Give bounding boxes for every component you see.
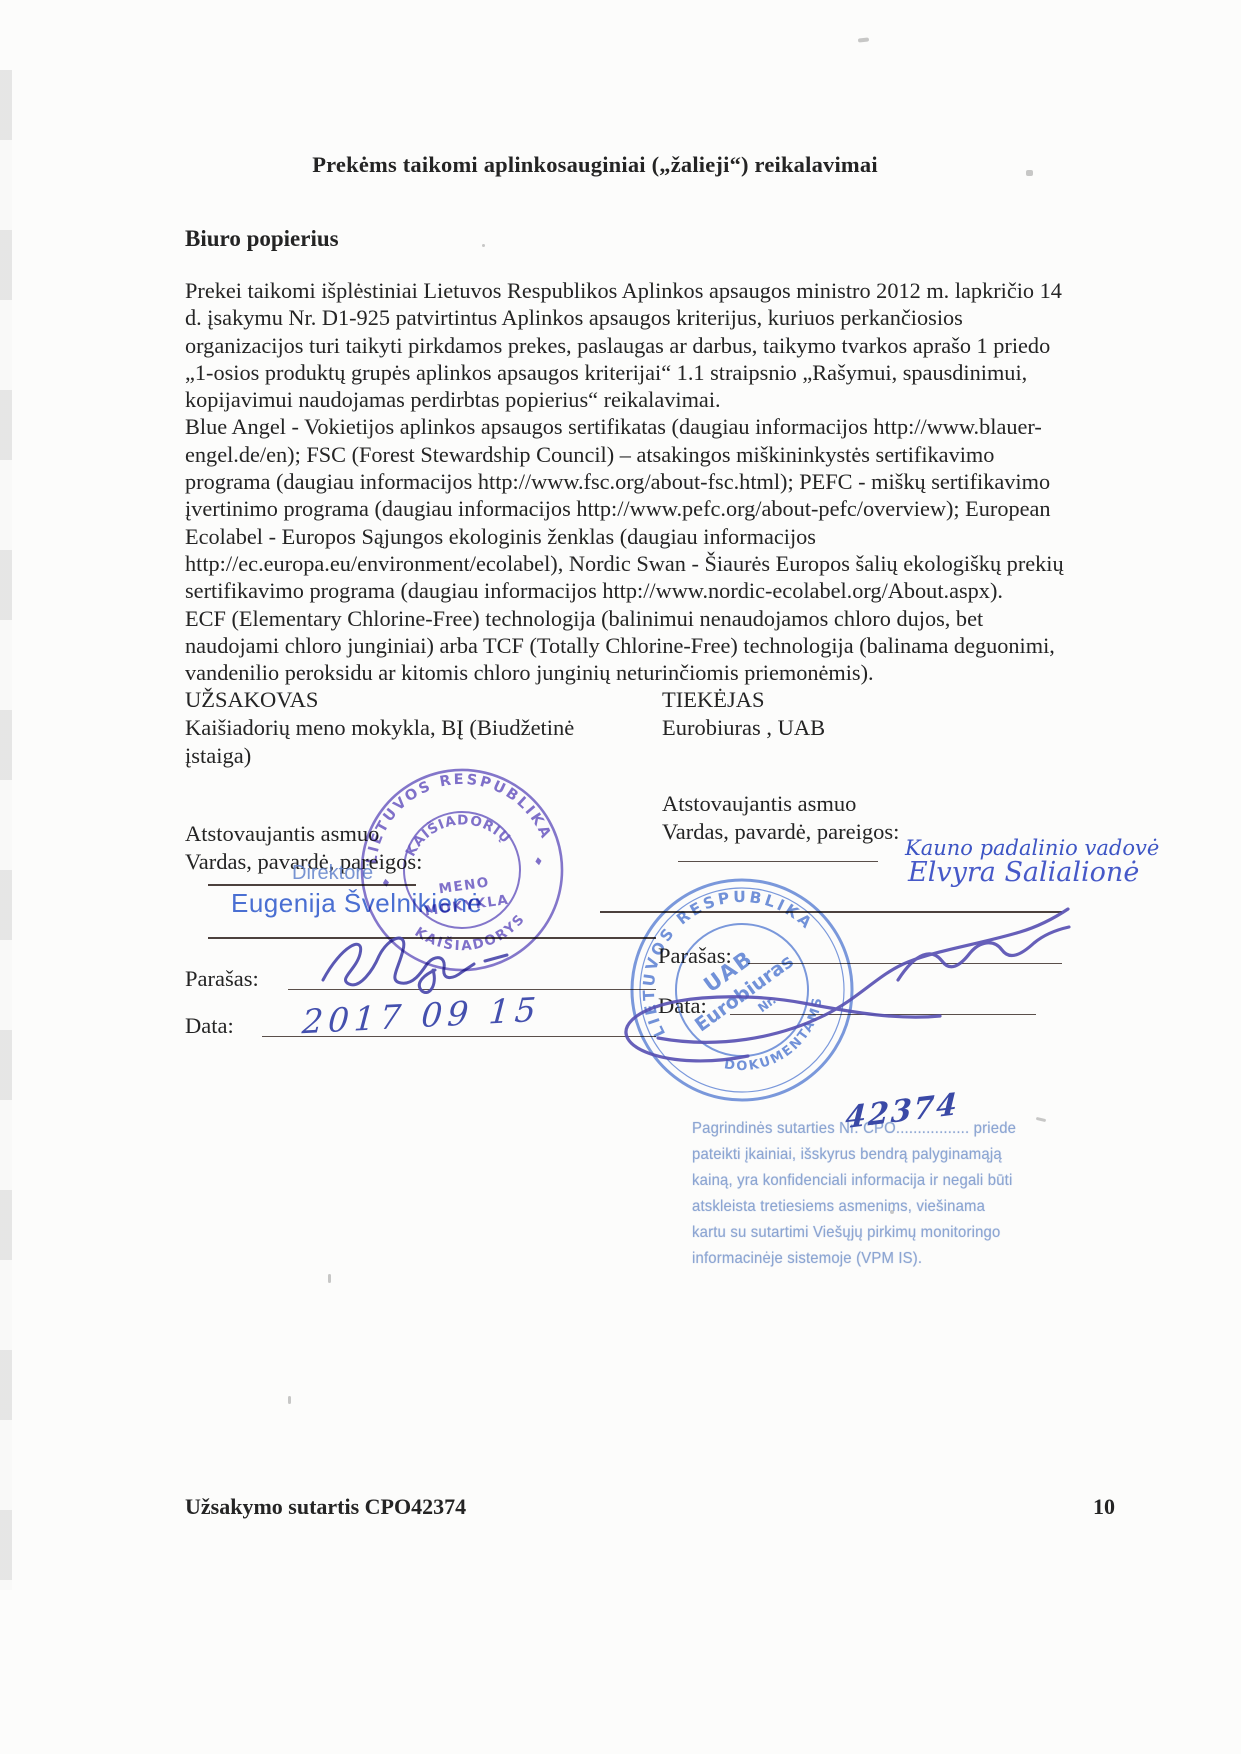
scan-speck [482, 244, 485, 247]
svg-text:KAIŠIADORIŲ: KAIŠIADORIŲ [398, 805, 515, 861]
document-title: Prekėms taikomi aplinkosauginiai („žalie… [0, 152, 1190, 178]
scan-speck [858, 37, 869, 42]
confidentiality-line: atskleista tretiesiems asmenims, viešina… [692, 1194, 1016, 1220]
confidentiality-line: pateikti įkainiai, išskyrus bendrą palyg… [692, 1142, 1016, 1168]
body-line: Blue Angel - Vokietijos aplinkos apsaugo… [185, 413, 1081, 440]
supplier-role-heading: TIEKĖJAS [662, 686, 765, 714]
body-line: sertifikavimo programa (daugiau informac… [185, 577, 1081, 604]
body-line: vandenilio peroksidu ar kitomis chloro j… [185, 659, 1081, 686]
buyer-school-stamp: LIETUVOS RESPUBLIKA KAIŠIADORYS KAIŠIADO… [336, 744, 589, 997]
body-line: Prekei taikomi išplėstiniai Lietuvos Res… [185, 277, 1081, 304]
scan-edge-artifact [0, 70, 12, 1590]
supplier-representative-label: Atstovaujantis asmuo [662, 790, 856, 818]
buyer-stamp-separator-right: ♦ [533, 855, 545, 869]
confidentiality-line: kartu su sutartimi Viešųjų pirkimų monit… [692, 1220, 1016, 1246]
body-line: „1-osios produktų grupės aplinkos apsaug… [185, 359, 1081, 386]
buyer-name-line1: Kaišiadorių meno mokykla, BĮ (Biudžetinė [185, 714, 574, 742]
footer-contract-label: Užsakymo sutartis CPO42374 [185, 1494, 466, 1520]
buyer-date-label: Data: [185, 1013, 234, 1039]
supplier-name: Eurobiuras , UAB [662, 714, 825, 742]
body-line: programa (daugiau informacijos http://ww… [185, 468, 1081, 495]
supplier-name-handwritten: Elvyra Salialionė [908, 857, 1139, 888]
scan-speck [1036, 1117, 1046, 1122]
scanned-document-page: Prekėms taikomi aplinkosauginiai („žalie… [0, 0, 1241, 1754]
buyer-stamp-separator-left: ♦ [380, 876, 392, 890]
footer-page-number: 10 [1093, 1494, 1115, 1520]
supplier-signature-ink [598, 888, 1072, 1076]
confidentiality-line: informacinėje sistemoje (VPM IS). [692, 1246, 1016, 1272]
body-line: naudojami chloro junginiai) arba TCF (To… [185, 632, 1081, 659]
body-line: organizacijos turi taikyti pirkdamos pre… [185, 332, 1081, 359]
body-line: ECF (Elementary Chlorine-Free) technolog… [185, 605, 1081, 632]
body-line: įvertinimo programa (daugiau informacijo… [185, 495, 1081, 522]
buyer-stamp-center-arc-text: KAIŠIADORIŲ [398, 805, 515, 861]
buyer-stamp-center-line2: MENO [438, 874, 491, 897]
confidentiality-line: kainą, yra konfidenciali informacija ir … [692, 1168, 1016, 1194]
scan-speck [288, 1396, 291, 1404]
confidentiality-stamp-text: Pagrindinės sutarties Nr. CPO...........… [692, 1116, 1016, 1272]
buyer-signature-label: Parašas: [185, 966, 259, 992]
body-line: engel.de/en); FSC (Forest Stewardship Co… [185, 441, 1081, 468]
body-line: Ecolabel - Europos Sąjungos ekologinis ž… [185, 523, 1081, 550]
body-line: kopijavimui naudojamas perdirbtas popier… [185, 386, 1081, 413]
buyer-role-heading: UŽSAKOVAS [185, 686, 318, 714]
scan-speck [328, 1274, 331, 1283]
body-line: d. įsakymu Nr. D1-925 patvirtintus Aplin… [185, 304, 1081, 331]
section-heading: Biuro popierius [185, 226, 339, 252]
body-line: http://ec.europa.eu/environment/ecolabel… [185, 550, 1081, 577]
body-paragraph: Prekei taikomi išplėstiniai Lietuvos Res… [185, 277, 1081, 686]
buyer-name-line2: įstaiga) [185, 742, 251, 770]
